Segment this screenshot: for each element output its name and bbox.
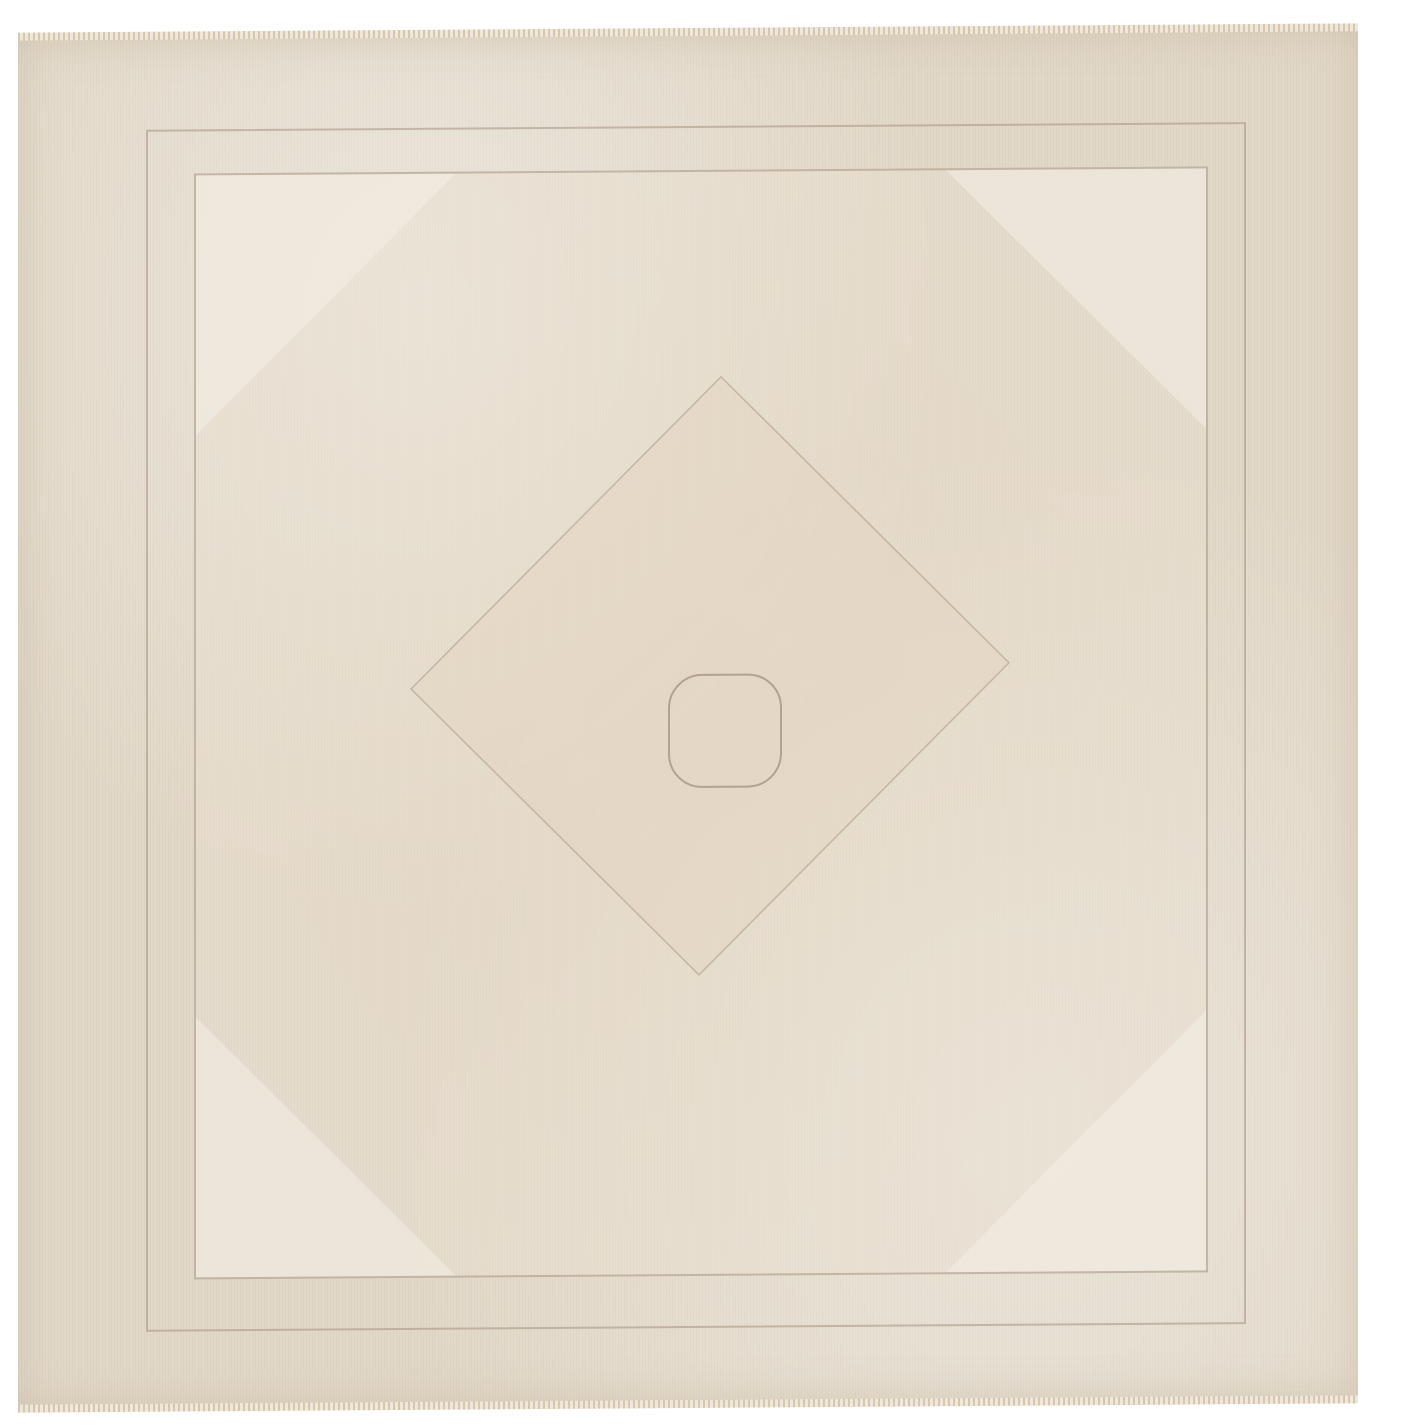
bottom-fringe (18, 1395, 1358, 1412)
rug-photo (18, 29, 1358, 1406)
top-fringe (18, 23, 1358, 40)
center-motif (668, 673, 782, 788)
